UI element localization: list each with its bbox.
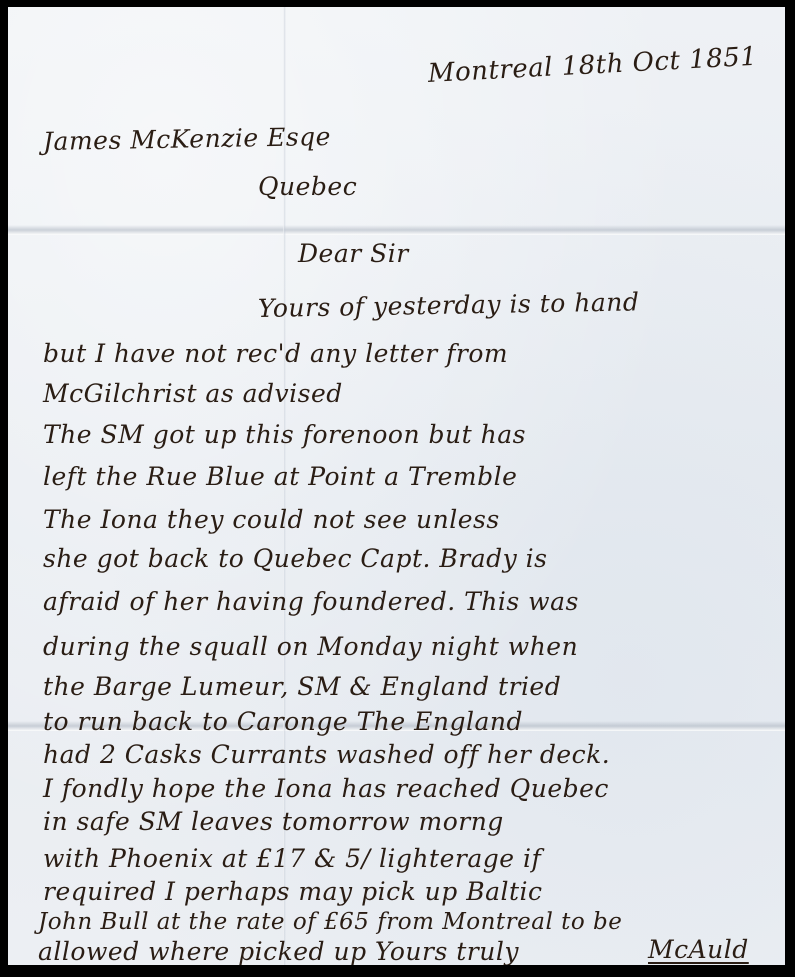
body-line: The SM got up this forenoon but has bbox=[43, 420, 526, 449]
place-date: Montreal 18th Oct 1851 bbox=[427, 42, 758, 89]
body-line: had 2 Casks Currants washed off her deck… bbox=[43, 740, 610, 769]
body-line: John Bull at the rate of £65 from Montre… bbox=[38, 909, 622, 935]
salutation: Dear Sir bbox=[298, 239, 409, 268]
body-line: Yours of yesterday is to hand bbox=[258, 287, 640, 323]
body-line: during the squall on Monday night when bbox=[43, 632, 578, 661]
body-line: to run back to Caronge The England bbox=[43, 707, 523, 736]
body-line: required I perhaps may pick up Baltic bbox=[43, 877, 543, 906]
recipient-name: James McKenzie Esqe bbox=[43, 122, 331, 156]
fold-line-upper bbox=[8, 225, 785, 235]
signature: McAuld bbox=[648, 935, 749, 964]
body-line: The Iona they could not see unless bbox=[43, 505, 500, 534]
body-line: she got back to Quebec Capt. Brady is bbox=[43, 544, 548, 573]
body-line: the Barge Lumeur, SM & England tried bbox=[43, 672, 561, 701]
body-line: I fondly hope the Iona has reached Quebe… bbox=[43, 774, 609, 803]
body-line: afraid of her having foundered. This was bbox=[43, 587, 579, 616]
body-line: left the Rue Blue at Point a Tremble bbox=[43, 462, 517, 491]
recipient-city: Quebec bbox=[258, 172, 357, 201]
body-line: but I have not rec'd any letter from bbox=[43, 339, 508, 368]
body-line: in safe SM leaves tomorrow morng bbox=[43, 807, 504, 836]
letter-page: Montreal 18th Oct 1851 James McKenzie Es… bbox=[8, 7, 785, 965]
body-line: McGilchrist as advised bbox=[43, 379, 343, 408]
body-line: with Phoenix at £17 & 5/ lighterage if bbox=[43, 844, 541, 873]
body-line: allowed where picked up Yours truly bbox=[38, 937, 519, 965]
